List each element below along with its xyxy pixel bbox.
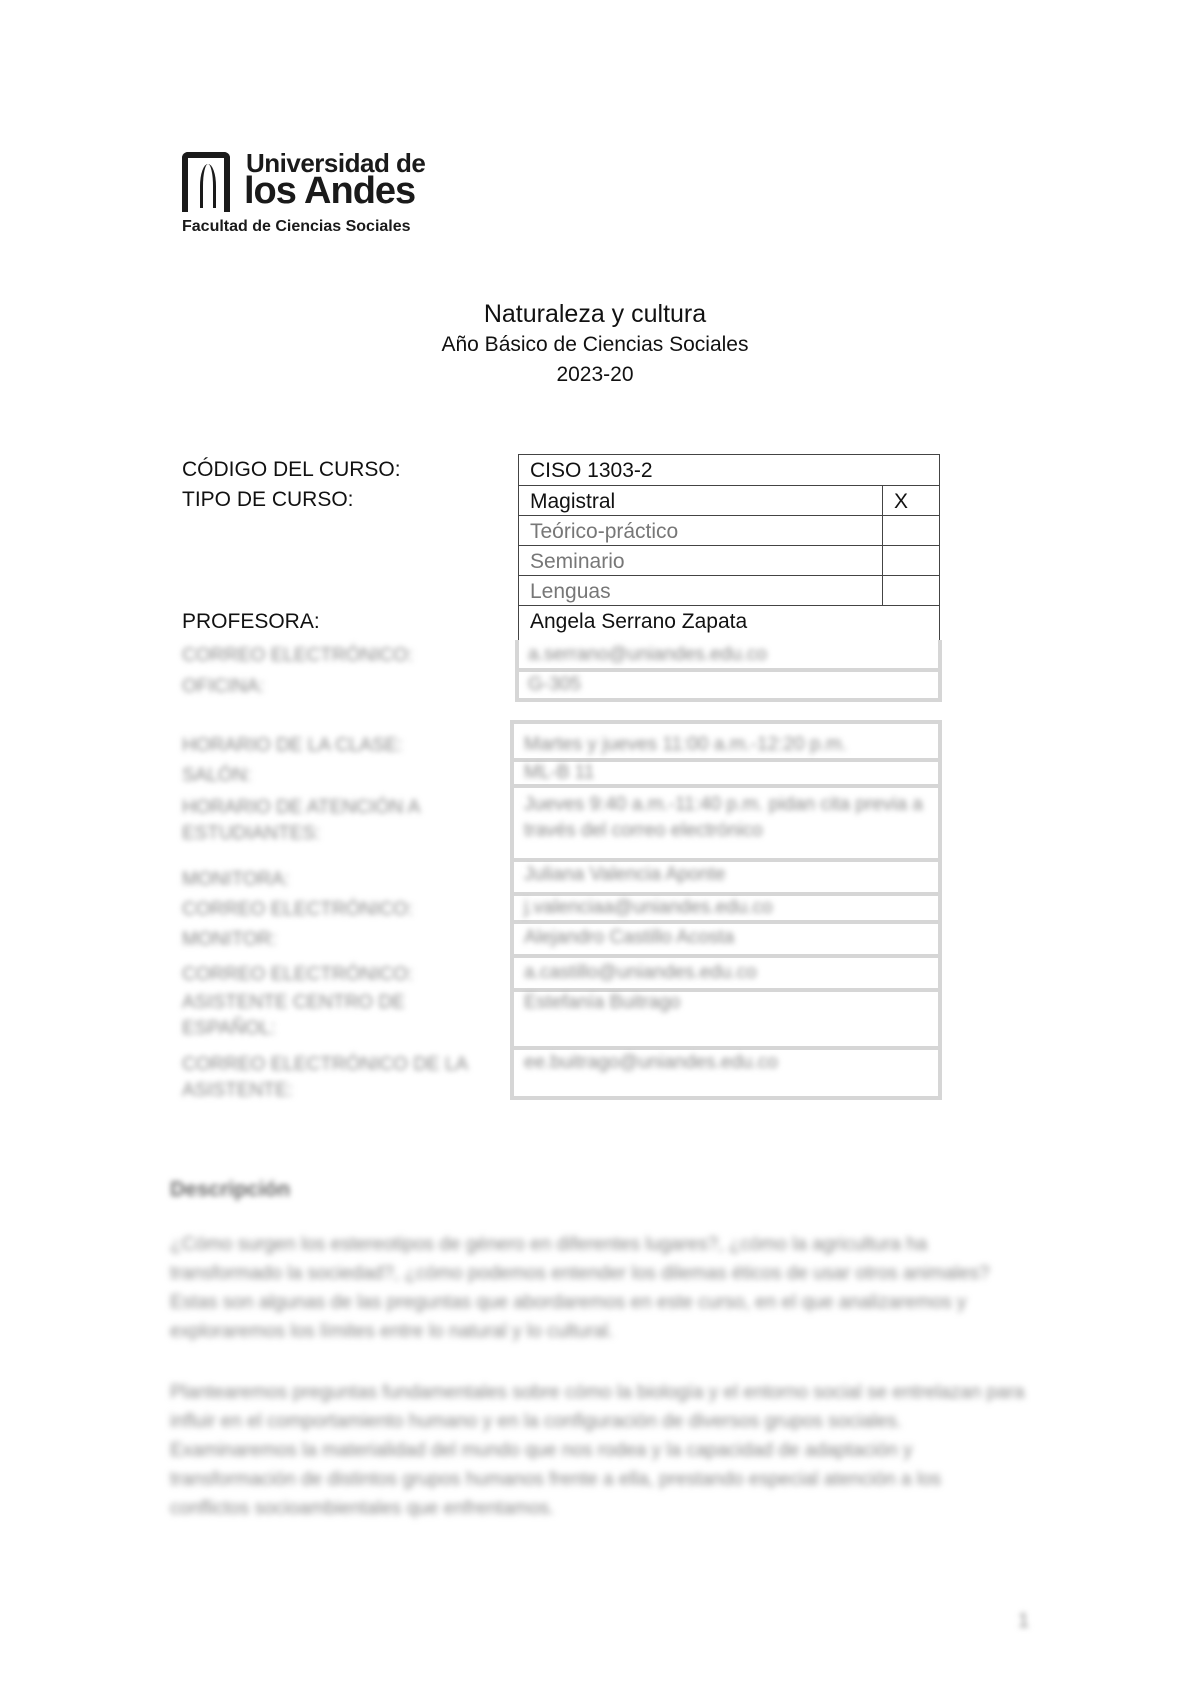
obscured-label: CORREO ELECTRÓNICO: [182, 643, 413, 669]
course-type-lenguas-mark [882, 575, 940, 606]
obscured-label: HORARIO DE LA CLASE: [182, 733, 403, 759]
obscured-label: MONITOR: [182, 927, 277, 953]
obscured-label: MONITORA: [182, 867, 289, 893]
description-paragraph: Plantearemos preguntas fundamentales sob… [170, 1378, 1025, 1523]
obscured-label: HORARIO DE ATENCIÓN A ESTUDIANTES: [182, 795, 422, 847]
obscured-label: CORREO ELECTRÓNICO: [182, 897, 413, 923]
obscured-value: G-305 [528, 672, 581, 698]
course-type-teorico-practico-mark [882, 515, 940, 546]
obscured-value: ee.buitrago@uniandes.edu.co [524, 1050, 778, 1076]
course-type-magistral: Magistral [518, 485, 883, 516]
course-code-label: CÓDIGO DEL CURSO: [182, 458, 401, 482]
obscured-label: OFICINA: [182, 674, 264, 700]
course-type-teorico-practico: Teórico-práctico [518, 515, 883, 546]
course-title: Naturaleza y cultura [0, 298, 1190, 330]
logo-faculty: Facultad de Ciencias Sociales [182, 218, 411, 236]
university-crest-icon [182, 152, 230, 212]
professor-label: PROFESORA: [182, 610, 320, 634]
obscured-value: j.valenciaa@uniandes.edu.co [524, 895, 773, 921]
obscured-value: ML-B 11 [524, 760, 594, 786]
obscured-label: SALÓN: [182, 763, 252, 789]
course-type-magistral-mark: X [882, 485, 940, 516]
obscured-label: ASISTENTE CENTRO DE ESPAÑOL: [182, 990, 422, 1042]
course-type-seminario-mark [882, 545, 940, 576]
professor-value: Angela Serrano Zapata [518, 605, 940, 641]
description-paragraph: ¿Cómo surgen los estereotipos de género … [170, 1230, 1025, 1346]
obscured-label: CORREO ELECTRÓNICO: [182, 962, 413, 988]
document-header: Naturaleza y cultura Año Básico de Cienc… [0, 298, 1190, 390]
term: 2023-20 [0, 360, 1190, 390]
page-number: 1 [1018, 1610, 1029, 1633]
obscured-value: Juliana Valencia Aponte [524, 862, 725, 888]
university-logo: Universidad de los Andes Facultad de Cie… [182, 148, 422, 238]
obscured-value: Jueves 9:40 a.m.-11:40 p.m. pidan cita p… [524, 792, 924, 844]
obscured-label: CORREO ELECTRÓNICO DE LA ASISTENTE: [182, 1052, 472, 1104]
course-type-label: TIPO DE CURSO: [182, 488, 354, 512]
course-code-value: CISO 1303-2 [518, 454, 940, 486]
obscured-value: Estefanía Buitrago [524, 990, 680, 1016]
description-heading: Descripción [170, 1178, 290, 1202]
obscured-value: a.serrano@uniandes.edu.co [528, 642, 767, 668]
obscured-value: Martes y jueves 11:00 a.m.-12:20 p.m. [524, 732, 847, 758]
obscured-value: Alejandro Castillo Acosta [524, 925, 734, 951]
program-name: Año Básico de Ciencias Sociales [0, 330, 1190, 360]
obscured-value: a.castillo@uniandes.edu.co [524, 960, 757, 986]
course-type-lenguas: Lenguas [518, 575, 883, 606]
course-type-seminario: Seminario [518, 545, 883, 576]
logo-line-2: los Andes [244, 170, 415, 213]
